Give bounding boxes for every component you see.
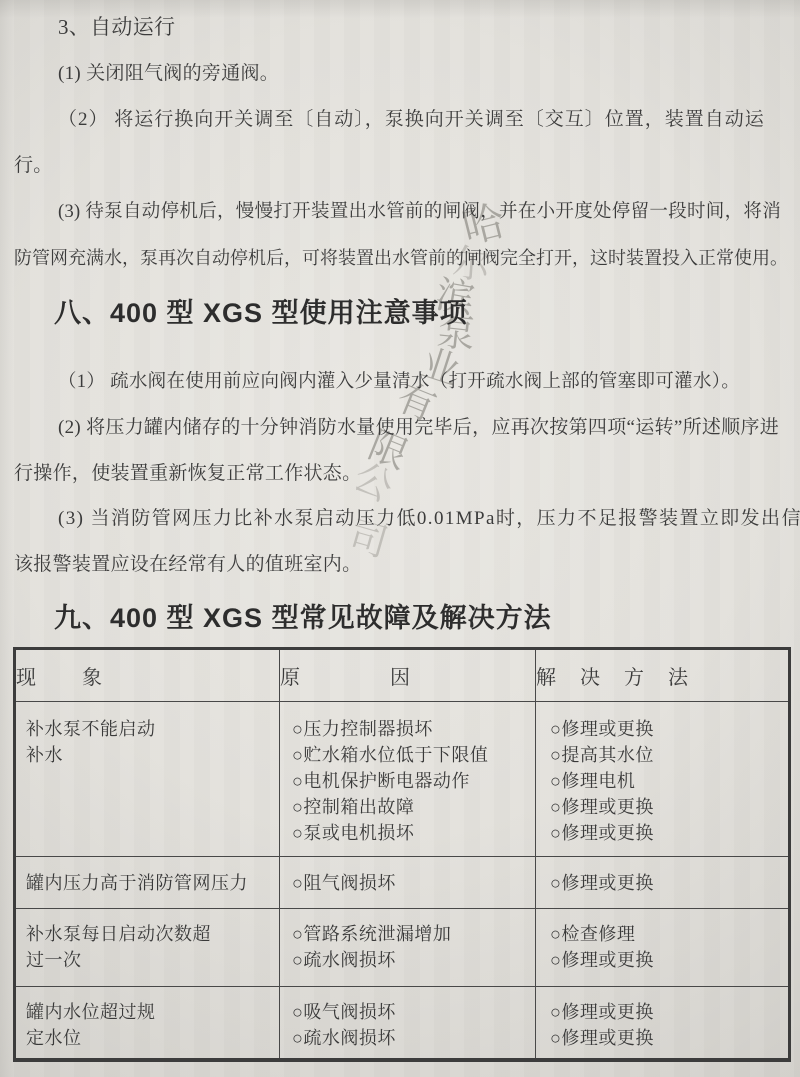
cell-text: ○阻气阀损坏	[280, 857, 535, 900]
para-auto-run-title: 3、自动运行	[58, 15, 175, 39]
cell-text: ○修理或更换 ○提高其水位 ○修理电机 ○修理或更换 ○修理或更换	[536, 702, 788, 850]
cell-cause: ○吸气阀损坏 ○疏水阀损坏	[280, 987, 536, 1060]
cell-solution: ○检查修理 ○修理或更换	[536, 909, 790, 987]
table-row: 补水泵每日启动次数超 过一次 ○管路系统泄漏增加 ○疏水阀损坏 ○检查修理 ○修…	[15, 909, 790, 987]
cell-cause: ○压力控制器损坏 ○贮水箱水位低于下限值 ○电机保护断电器动作 ○控制箱出故障 …	[280, 702, 536, 857]
para-notes-2-line1: (2) 将压力罐内储存的十分钟消防水量使用完毕后，应再次按第四项“运转”所述顺序…	[58, 416, 779, 440]
cell-phenomenon: 罐内水位超过规 定水位	[15, 987, 280, 1060]
col-header-solution: 解 决 方 法	[536, 649, 790, 702]
cell-text: ○压力控制器损坏 ○贮水箱水位低于下限值 ○电机保护断电器动作 ○控制箱出故障 …	[280, 702, 535, 850]
col-header-phenomenon: 现 象	[15, 649, 280, 702]
cell-text: 罐内水位超过规 定水位	[16, 987, 279, 1055]
cell-text: 补水泵不能启动 补水	[16, 702, 279, 772]
cell-phenomenon: 罐内压力高于消防管网压力	[15, 857, 280, 909]
cell-solution: ○修理或更换 ○修理或更换	[536, 987, 790, 1060]
cell-cause: ○管路系统泄漏增加 ○疏水阀损坏	[280, 909, 536, 987]
cell-text: ○管路系统泄漏增加 ○疏水阀损坏	[280, 909, 535, 977]
para-auto-run-step2-line1: （2） 将运行换向开关调至〔自动〕，泵换向开关调至〔交互〕位置，装置自动运	[58, 108, 765, 132]
col-header-cause: 原 因	[280, 649, 536, 702]
scanned-manual-page: 哈 尔 滨 泵 业 有 限 公 司 3、自动运行 (1) 关闭阻气阀的旁通阀。 …	[0, 0, 800, 1077]
para-auto-run-step3-line2: 防管网充满水，泵再次自动停机后，可将装置出水管前的闸阀完全打开，这时装置投入正常…	[14, 246, 788, 270]
para-notes-2-line2: 行操作，使装置重新恢复正常工作状态。	[14, 462, 361, 486]
cell-phenomenon: 补水泵不能启动 补水	[15, 702, 280, 857]
table-row: 罐内水位超过规 定水位 ○吸气阀损坏 ○疏水阀损坏 ○修理或更换 ○修理或更换	[15, 987, 790, 1060]
cell-cause: ○阻气阀损坏	[280, 857, 536, 909]
para-notes-3-line2: 该报警装置应设在经常有人的值班室内。	[14, 553, 361, 577]
section8-heading: 八、400 型 XGS 型使用注意事项	[54, 296, 468, 330]
para-notes-1: （1） 疏水阀在使用前应向阀内灌入少量清水（打开疏水阀上部的管塞即可灌水）。	[58, 370, 740, 394]
cell-text: 补水泵每日启动次数超 过一次	[16, 909, 279, 977]
para-auto-run-step2-line2: 行。	[14, 154, 53, 178]
fault-table-header-row: 现 象 原 因 解 决 方 法	[15, 649, 790, 702]
cell-solution: ○修理或更换 ○提高其水位 ○修理电机 ○修理或更换 ○修理或更换	[536, 702, 790, 857]
fault-table: 现 象 原 因 解 决 方 法 补水泵不能启动 补水 ○压力控制器损坏 ○贮水箱…	[13, 647, 791, 1062]
para-auto-run-step1: (1) 关闭阻气阀的旁通阀。	[58, 62, 279, 86]
cell-phenomenon: 补水泵每日启动次数超 过一次	[15, 909, 280, 987]
section9-heading: 九、400 型 XGS 型常见故障及解决方法	[54, 601, 552, 635]
para-notes-3-line1: (3) 当消防管网压力比补水泵启动压力低0.01MPa时，压力不足报警装置立即发…	[58, 507, 800, 531]
cell-solution: ○修理或更换	[536, 857, 790, 909]
para-auto-run-step3-line1: (3) 待泵自动停机后，慢慢打开装置出水管前的闸阀，并在小开度处停留一段时间，将…	[58, 200, 781, 224]
cell-text: ○吸气阀损坏 ○疏水阀损坏	[280, 987, 535, 1055]
table-row: 罐内压力高于消防管网压力 ○阻气阀损坏 ○修理或更换	[15, 857, 790, 909]
cell-text: 罐内压力高于消防管网压力	[16, 857, 279, 900]
cell-text: ○检查修理 ○修理或更换	[536, 909, 788, 977]
cell-text: ○修理或更换 ○修理或更换	[536, 987, 788, 1055]
cell-text: ○修理或更换	[536, 857, 788, 900]
table-row: 补水泵不能启动 补水 ○压力控制器损坏 ○贮水箱水位低于下限值 ○电机保护断电器…	[15, 702, 790, 857]
